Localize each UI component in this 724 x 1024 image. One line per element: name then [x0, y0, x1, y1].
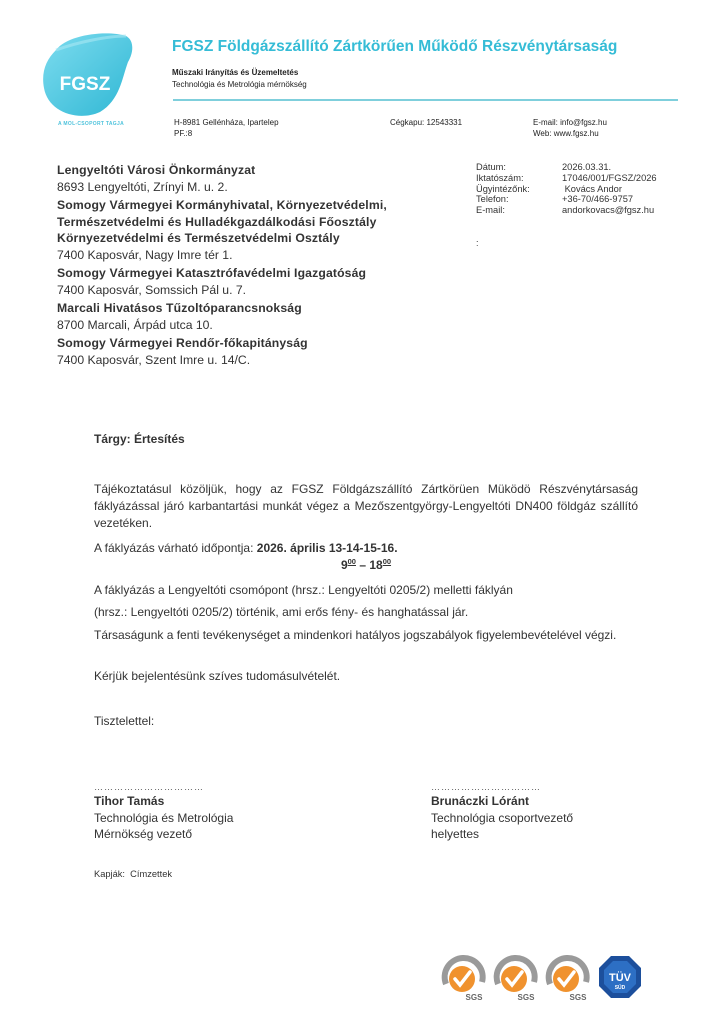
- recipient-name: Természetvédelmi és Hulladékgazdálkodási…: [57, 214, 457, 231]
- flaring-date: A fáklyázás várható időpontja: 2026. ápr…: [94, 540, 638, 557]
- meta-phone: Telefon:+36-70/466-9757: [476, 194, 657, 205]
- logo-tagline: A MOL-CSOPORT TAGJA: [46, 121, 136, 127]
- recipient-name: Somogy Vármegyei Kormányhivatal, Környez…: [57, 197, 457, 214]
- fgsz-logo: FGSZ: [38, 22, 138, 132]
- sgs-iso9001-badge-icon: SGS: [440, 952, 488, 1002]
- signature-right: …………………………… Brunáczki Lóránt Technológia…: [431, 781, 573, 843]
- recipient: Somogy Vármegyei Katasztrófavédelmi Igaz…: [57, 265, 457, 298]
- header-divider: [173, 99, 678, 101]
- sgs-iso14001-badge-icon: SGS: [492, 952, 540, 1002]
- address-line: H-8981 Gellénháza, Ipartelep: [174, 117, 279, 128]
- certification-badges: SGS SGS SGS TÜV SÜD: [440, 952, 644, 1002]
- company-email[interactable]: E-mail: info@fgsz.hu: [533, 117, 607, 128]
- po-box: PF.:8: [174, 128, 279, 139]
- company-name: FGSZ Földgázszállító Zártkörűen Működő R…: [172, 38, 617, 56]
- recipient-address: 7400 Kaposvár, Nagy Imre tér 1.: [57, 247, 457, 264]
- recipient-address: 7400 Kaposvár, Somssich Pál u. 7.: [57, 282, 457, 299]
- signature-line: ……………………………: [94, 781, 233, 793]
- tuv-sud-badge-icon: TÜV SÜD: [596, 952, 644, 1002]
- meta-email: E-mail:andorkovacs@fgsz.hu: [476, 205, 657, 216]
- recipient-address: 7400 Kaposvár, Szent Imre u. 14/C.: [57, 352, 457, 369]
- flaring-time-window: 900 – 1800: [94, 557, 638, 572]
- body-paragraph: A fáklyázás a Lengyeltóti csomópont (hrs…: [94, 582, 638, 599]
- recipient-address: 8693 Lengyeltóti, Zrínyi M. u. 2.: [57, 179, 457, 196]
- svg-text:SGS: SGS: [466, 993, 484, 1002]
- meta-trailing-colon: :: [476, 238, 479, 248]
- signer-title: Technológia csoportvezető: [431, 810, 573, 827]
- cegkapu-id: Cégkapu: 12543331: [390, 117, 462, 128]
- recipient: Somogy Vármegyei Rendőr-főkapitányság 74…: [57, 335, 457, 368]
- document-meta: Dátum:2026.03.31. Iktatószám:17046/001/F…: [476, 162, 657, 216]
- meta-contact-person: Ügyintézőnk: Kovács Andor: [476, 184, 657, 195]
- closing-salutation: Tisztelettel:: [94, 713, 638, 730]
- svg-text:FGSZ: FGSZ: [60, 74, 111, 95]
- distribution-list: Kapják: Címzettek: [94, 869, 172, 879]
- body-paragraph: (hrsz.: Lengyeltóti 0205/2) történik, am…: [94, 604, 638, 621]
- recipient-name: Somogy Vármegyei Katasztrófavédelmi Igaz…: [57, 265, 457, 282]
- svg-text:TÜV: TÜV: [609, 971, 632, 984]
- recipient: Marcali Hivatásos Tűzoltóparancsnokság 8…: [57, 300, 457, 333]
- signature-line: ……………………………: [431, 781, 573, 793]
- recipient-name: Marcali Hivatásos Tűzoltóparancsnokság: [57, 300, 457, 317]
- recipient: Lengyeltóti Városi Önkormányzat 8693 Len…: [57, 162, 457, 195]
- sgs-iso45001-badge-icon: SGS: [544, 952, 592, 1002]
- signer-title: Mérnökség vezető: [94, 826, 233, 843]
- flaring-dates-bold: 2026. április 13-14-15-16.: [257, 541, 398, 555]
- body-paragraph: Társaságunk a fenti tevékenységet a mind…: [94, 627, 638, 644]
- company-contact: E-mail: info@fgsz.hu Web: www.fgsz.hu: [533, 117, 607, 139]
- recipient-name: Somogy Vármegyei Rendőr-főkapitányság: [57, 335, 457, 352]
- svg-text:SGS: SGS: [570, 993, 588, 1002]
- recipient-name: Lengyeltóti Városi Önkormányzat: [57, 162, 457, 179]
- signature-left: …………………………… Tihor Tamás Technológia és M…: [94, 781, 233, 843]
- body-paragraph: Kérjük bejelentésünk szíves tudomásulvét…: [94, 668, 638, 685]
- signer-title: Technológia és Metrológia: [94, 810, 233, 827]
- letter-subject: Tárgy: Értesítés: [94, 432, 185, 446]
- svg-text:SGS: SGS: [518, 993, 536, 1002]
- department-name: Technológia és Metrológia mérnökség: [172, 80, 307, 89]
- recipient: Somogy Vármegyei Kormányhivatal, Környez…: [57, 197, 457, 263]
- meta-date: Dátum:2026.03.31.: [476, 162, 657, 173]
- svg-text:SÜD: SÜD: [615, 984, 626, 991]
- meta-reference: Iktatószám:17046/001/FGSZ/2026: [476, 173, 657, 184]
- body-paragraph: Tájékoztatásul közöljük, hogy az FGSZ Fö…: [94, 481, 638, 533]
- company-web[interactable]: Web: www.fgsz.hu: [533, 128, 607, 139]
- division-name: Műszaki Irányítás és Üzemeltetés: [172, 68, 298, 77]
- signer-title: helyettes: [431, 826, 573, 843]
- recipient-name: Környezetvédelmi és Természetvédelmi Osz…: [57, 230, 457, 247]
- signer-name: Tihor Tamás: [94, 793, 233, 810]
- company-address: H-8981 Gellénháza, Ipartelep PF.:8: [174, 117, 279, 139]
- signer-name: Brunáczki Lóránt: [431, 793, 573, 810]
- recipient-address: 8700 Marcali, Árpád utca 10.: [57, 317, 457, 334]
- recipient-list: Lengyeltóti Városi Önkormányzat 8693 Len…: [57, 162, 457, 370]
